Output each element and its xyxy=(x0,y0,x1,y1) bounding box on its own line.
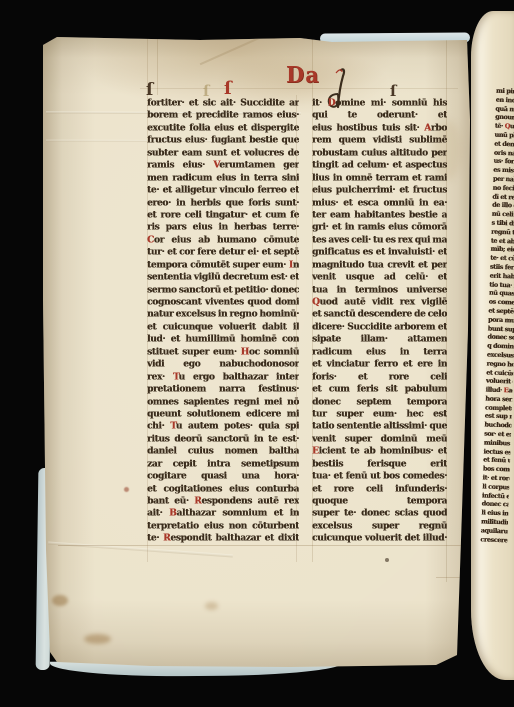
text-line: lius in omnē terram et rami xyxy=(312,172,447,185)
text-run: nū quasi b xyxy=(489,289,514,298)
text-run: tua· et fenū ut bos comedes· xyxy=(312,471,447,482)
text-run: espondens autē rex xyxy=(201,496,299,507)
text-run: super te· donec scias quod dnētur xyxy=(312,508,447,520)
text-line: tatio sententie altissimi· que per xyxy=(312,420,447,433)
text-run: oc somniū xyxy=(249,347,299,358)
text-run: crescerent· xyxy=(480,535,514,544)
text-run: no fecit mī xyxy=(492,183,514,192)
text-run: tatio sententie altissimi· que per xyxy=(312,421,447,433)
vellum-stain xyxy=(205,602,218,610)
text-run: ereo· in herbis que foris sunt· xyxy=(147,198,299,209)
text-run: rbo xyxy=(431,123,447,134)
text-line: vidi ego nabuchodonosor xyxy=(147,358,299,371)
text-line: Cor eius ab humano cōmute xyxy=(147,234,299,247)
text-run: li corpus ei xyxy=(482,482,514,491)
text-line: et cuicunque voluerit dabit il xyxy=(147,321,299,334)
text-run: donec septem tempora cōmutē xyxy=(312,397,447,409)
text-run: et cum feris sit pabulum eius· xyxy=(312,384,447,396)
text-run: magnitudo tua crevit et per xyxy=(312,260,447,271)
text-run: cuicunque voluerit det illud· xyxy=(312,533,447,544)
text-line: ait· Balthazar somnium et in xyxy=(147,507,299,520)
rubricated-letter: A xyxy=(424,123,431,134)
text-run: tempora cōmutēt super eum· xyxy=(147,260,289,271)
text-run: et cogitationes eius conturba xyxy=(147,484,299,495)
text-line: crescerent· xyxy=(480,535,507,545)
text-run: us· fortia xyxy=(493,157,514,166)
text-run: eius pulcherrimi· et fructus ni xyxy=(312,185,447,197)
text-line: sermo sanctorū et petitio· donec xyxy=(147,284,299,297)
text-line: rex· Tu ergo balthazar inter xyxy=(147,371,299,384)
text-run: donec capil xyxy=(481,500,514,509)
text-line: rem quem vidisti sublimē atque xyxy=(312,134,447,147)
text-line: daniel cuius nomen baltha xyxy=(147,445,299,458)
text-line: foris· et rore celi conspergatur· xyxy=(312,371,447,384)
text-run: voluerit de xyxy=(486,377,514,386)
text-line: eius pulcherrimi· et fructus ni xyxy=(312,184,447,197)
text-run: s tibi dicit xyxy=(491,219,514,228)
text-run: te et ab ho xyxy=(491,236,514,245)
text-line: lud· et humillimū hominē con xyxy=(147,333,299,346)
text-run: men radicum eius in terra sini xyxy=(147,173,299,184)
text-line: gri· et in ramis eius cōmorā xyxy=(312,221,447,234)
text-run: te· et alligetur vinculo ferreo et xyxy=(147,185,299,196)
text-run: per nabud xyxy=(493,175,514,184)
text-run: fortiter· et sic ait· Succidite ar xyxy=(147,98,299,109)
text-run: minibus ab xyxy=(484,438,514,447)
text-line: omnes sapientes regni mei nō xyxy=(147,396,299,409)
text-line: borem et precidite ramos eius· xyxy=(147,109,299,122)
text-run: oris nas ī xyxy=(494,148,514,157)
text-run: militudinē xyxy=(481,517,514,526)
text-run: bos comed xyxy=(483,465,514,474)
text-run: rex· xyxy=(147,372,173,383)
text-line: dicere· Succidite arborem et dis xyxy=(312,321,447,334)
text-line: eius hostibus tuis sit· Arbo xyxy=(312,122,447,135)
text-line: tua· et fenū ut bos comedes· xyxy=(312,470,447,483)
text-run: fructus eius· fugiant bestie que xyxy=(147,135,299,146)
text-run: et septē tē xyxy=(488,306,514,315)
text-run: rem quem vidisti sublimē atque xyxy=(312,135,447,147)
manuscript-photo: mi pingit ūen indoniūquā nū obgnouris pt… xyxy=(0,0,514,707)
text-line: et cum feris sit pabulum eius· xyxy=(312,383,447,396)
text-run: et cuicūq; xyxy=(486,368,514,377)
vellum-stain xyxy=(52,595,68,606)
text-run: tē· xyxy=(495,122,505,130)
next-page-leaf: mi pingit ūen indoniūquā nū obgnouris pt… xyxy=(471,11,514,680)
text-run: donec scias xyxy=(487,333,514,342)
text-line: pretationem narra festinus· quia xyxy=(147,383,299,396)
text-run: tio tua· fe xyxy=(489,280,514,289)
text-run: gri· et in ramis eius cōmorā xyxy=(312,222,447,233)
text-run: et cuicunque voluerit dabit il xyxy=(147,322,299,333)
text-run: ait· xyxy=(147,508,169,519)
text-run: borem et precidite ramos eius· xyxy=(147,110,299,121)
text-run: unū plam xyxy=(494,131,514,140)
text-run: qui te oderunt· et interpretatio xyxy=(312,110,447,122)
text-run: espondit balthazar et dixit xyxy=(170,533,299,544)
text-run: stituet super eum· xyxy=(147,347,241,358)
text-run: bestiis ferisque erit habitatio xyxy=(312,459,447,471)
text-line: tingit ad celum· et aspectus il xyxy=(312,159,447,172)
text-run: radicum eius in terra dimittite· xyxy=(312,347,447,359)
text-run: u autem potes· quia spi xyxy=(176,421,299,432)
text-line: et cogitationes eius conturba xyxy=(147,483,299,496)
text-line: sipate illam· attamen germen xyxy=(312,333,447,346)
text-run: daniel cuius nomen baltha xyxy=(147,446,299,457)
text-run: q dominet xyxy=(487,342,514,351)
text-run: excutite folia eius et dispergite xyxy=(147,123,299,134)
text-run: gnouris p xyxy=(495,113,514,122)
text-line: tur· et cor fere detur ei· et septē xyxy=(147,246,299,259)
text-run: li eius in si xyxy=(481,509,514,518)
text-run: tingit ad celum· et aspectus il xyxy=(312,160,447,172)
text-run: te· et cū be xyxy=(490,254,514,263)
text-run: pora muta xyxy=(488,315,514,324)
text-run: nū celi loq xyxy=(492,210,514,219)
text-column-right: it· Domine mi· somniū hisqui te oderunt·… xyxy=(312,97,447,549)
running-header: Da xyxy=(286,61,320,88)
text-run: est sup na xyxy=(485,412,514,421)
text-line: ritus deorū sanctorū in te est· Tūc xyxy=(147,433,299,446)
text-run: te· xyxy=(147,533,163,544)
text-line: sententia vigilū decretum est· et xyxy=(147,271,299,284)
text-run: quā nū ob xyxy=(495,104,514,113)
text-run: tes aves celi· tu es rex qui ma xyxy=(312,235,447,246)
cadel-ascender-red: ſ xyxy=(224,80,232,98)
text-line: magnitudo tua crevit et per xyxy=(312,259,447,272)
text-run: stiis feris xyxy=(490,263,514,272)
text-run: regnū trā xyxy=(491,227,514,236)
text-run: lius in omnē terram et rami xyxy=(312,173,447,184)
text-run: erit habita xyxy=(489,271,514,280)
ruling-line-horizontal xyxy=(140,88,458,89)
text-run: buchodono xyxy=(484,421,514,430)
text-line: te· Respondit balthazar et dixit xyxy=(147,532,299,545)
text-line: gnificatus es et invaluisti· et xyxy=(312,246,447,259)
text-run: ter eam habitantes bestie a xyxy=(312,210,447,221)
text-run: et fenū ut xyxy=(483,456,514,465)
text-run: uod autē vidit rex vigilē xyxy=(320,297,447,308)
text-run: omnes sapientes regni mei nō xyxy=(147,397,299,408)
text-run: vidi ego nabuchodonosor xyxy=(147,359,299,370)
text-line: zar cepit intra semetipsum tacitus xyxy=(147,458,299,471)
text-line: Eicient te ab hominibus· et cū xyxy=(312,445,447,458)
text-line: te· et alligetur vinculo ferreo et xyxy=(147,184,299,197)
text-run: n xyxy=(293,260,299,271)
text-run: ris pars eius in herbas terre· xyxy=(147,222,299,233)
text-run: mi pingit ū xyxy=(496,87,514,96)
text-line: stituet super eum· Hoc somniū xyxy=(147,346,299,359)
text-run: et rore celi tingatur· et cum fe xyxy=(147,210,299,221)
text-run: et vinciatur ferro et ere in herbis xyxy=(312,359,447,371)
text-run: althazar somnium et in xyxy=(176,508,299,519)
text-line: subter eam sunt et volucres de xyxy=(147,147,299,160)
text-run: omine mi· somniū his xyxy=(335,98,447,109)
text-run: hora sermo xyxy=(485,394,514,403)
text-run: regno hoī xyxy=(486,359,514,368)
text-run: illud· xyxy=(485,386,503,395)
text-run: eius hostibus tuis sit· xyxy=(312,123,424,134)
text-run: it· et rore ce xyxy=(482,473,514,482)
text-run: u ergo balthazar inter xyxy=(179,372,299,383)
text-line: super te· donec scias quod dnētur xyxy=(312,507,447,520)
text-line: excelsus super regnū hominū· et xyxy=(312,520,447,533)
text-run: sipate illam· attamen germen xyxy=(312,334,447,346)
text-run: tua in terminos universe terre· xyxy=(312,285,447,297)
text-run: completus xyxy=(485,403,514,412)
ruling-line-vertical xyxy=(157,38,158,95)
rubricated-letter: H xyxy=(241,347,249,358)
text-run: os comedes xyxy=(488,298,514,307)
text-run: zar cepit intra semetipsum tacitus xyxy=(147,459,299,471)
text-line: cuicunque voluerit det illud· xyxy=(312,532,447,545)
text-run: infectū est xyxy=(482,491,514,500)
text-run: sermo sanctorū et petitio· donec xyxy=(147,285,299,296)
text-line: venit super dominū meū regem· xyxy=(312,433,447,446)
text-line: radicum eius in terra dimittite· xyxy=(312,346,447,359)
ruling-line-horizontal xyxy=(436,577,468,578)
text-run: venit usque ad celū· et potestas xyxy=(312,272,447,284)
text-run: or eius ab humano cōmute xyxy=(154,235,299,246)
text-run: terpretatio eius non cōturbent xyxy=(147,521,299,532)
text-run: uād xyxy=(510,122,514,130)
rubricated-letter: C xyxy=(147,235,154,246)
text-line: bestiis ferisque erit habitatio xyxy=(312,458,447,471)
text-run: tur· et cor fere detur ei· et septē xyxy=(147,247,299,257)
text-run: iectus est· xyxy=(483,447,514,456)
text-line: et rore celi infunderis· Septem xyxy=(312,483,447,496)
text-line: robustam cuius altitudo per xyxy=(312,147,447,160)
text-line: tes aves celi· tu es rex qui ma xyxy=(312,234,447,247)
rubricated-letter: Q xyxy=(312,297,320,308)
text-run: mīb; eiciēt xyxy=(490,245,514,254)
text-run: sententia vigilū decretum est· et xyxy=(147,272,299,283)
text-line: ris pars eius in herbas terre· xyxy=(147,221,299,234)
text-line: men radicum eius in terra sini xyxy=(147,172,299,185)
text-run: et sanctū descendere de celo et xyxy=(312,309,447,321)
text-run: dī et regni xyxy=(492,192,514,201)
next-page-text-column: mi pingit ūen indoniūquā nū obgnouris pt… xyxy=(480,87,514,554)
text-run: ad xyxy=(508,386,514,394)
text-line: donec septem tempora cōmutē xyxy=(312,396,447,409)
text-line: natur excelsus in regno hominū· xyxy=(147,308,299,321)
text-run: subter eam sunt et volucres de xyxy=(147,148,299,159)
text-line: ereo· in herbis que foris sunt· xyxy=(147,197,299,210)
vellum-stain xyxy=(84,634,111,644)
text-column-left: fortiter· et sic ait· Succidite arborem … xyxy=(147,97,299,549)
text-line: fructus eius· fugiant bestie que xyxy=(147,134,299,147)
text-run: gnificatus es et invaluisti· et xyxy=(312,247,447,257)
text-line: qui te oderunt· et interpretatio xyxy=(312,109,447,122)
text-line: tua in terminos universe terre· xyxy=(312,284,447,297)
vellum-crease xyxy=(200,25,288,65)
text-line: cogitare quasi una hora· xyxy=(147,470,299,483)
text-run: ritus deorū sanctorū in te est· xyxy=(147,434,299,445)
text-run: excelsus ī xyxy=(487,350,514,359)
text-run: en indoniū xyxy=(496,95,514,104)
text-run: mius· et esca omniū in ea· sub xyxy=(312,198,447,210)
text-run: cogitare quasi una hora· xyxy=(147,471,299,482)
text-run: foris· et rore celi conspergatur· xyxy=(312,372,447,384)
text-run: icient te ab hominibus· et cū xyxy=(312,446,447,458)
text-run: natur excelsus in regno hominū· xyxy=(147,309,299,320)
manuscript-page: Da ſ ſ ſ ſ fortiter· et sic ait· Succidi… xyxy=(0,0,514,707)
text-run: et demolit xyxy=(494,139,514,148)
vellum-stain xyxy=(385,558,389,562)
text-line: et vinciatur ferro et ere in herbis xyxy=(312,358,447,371)
text-line: et sanctū descendere de celo et xyxy=(312,308,447,321)
vellum-stain xyxy=(124,487,129,492)
text-run: sor· et ex ho xyxy=(484,430,514,439)
text-run: de illo quā xyxy=(492,201,514,210)
text-run: cognoscant viventes quod domi xyxy=(147,297,299,308)
text-line: ramis eius· Verumtamen ger xyxy=(147,159,299,172)
text-line: tempora cōmutēt super eum· In xyxy=(147,259,299,272)
text-line: mius· et esca omniū in ea· sub xyxy=(312,197,447,210)
manuscript-photo-root: { "page": { "running_header": "Da", "col… xyxy=(0,0,514,707)
text-run: queunt solutionem edicere mi xyxy=(147,409,299,420)
text-run: chi· xyxy=(147,421,170,432)
text-run: robustam cuius altitudo per xyxy=(312,148,447,159)
text-run: bunt sup te xyxy=(488,324,514,333)
text-run: bant eū· xyxy=(147,496,194,507)
text-run: es mis· xyxy=(493,166,514,175)
text-run: it· xyxy=(312,98,328,109)
text-run: aquilarum xyxy=(481,526,514,535)
text-run: et rore celi infunderis· xyxy=(312,484,447,495)
text-run: erumtamen ger xyxy=(219,160,299,171)
text-run: lud· et humillimū hominē con xyxy=(147,334,299,345)
text-line: chi· Tu autem potes· quia spi xyxy=(147,420,299,433)
text-line: excutite folia eius et dispergite xyxy=(147,122,299,135)
text-run: ramis eius· xyxy=(147,160,213,171)
text-line: venit usque ad celū· et potestas xyxy=(312,271,447,284)
text-line: terpretatio eius non cōturbent xyxy=(147,520,299,533)
text-run: pretationem narra festinus· quia xyxy=(147,384,299,396)
